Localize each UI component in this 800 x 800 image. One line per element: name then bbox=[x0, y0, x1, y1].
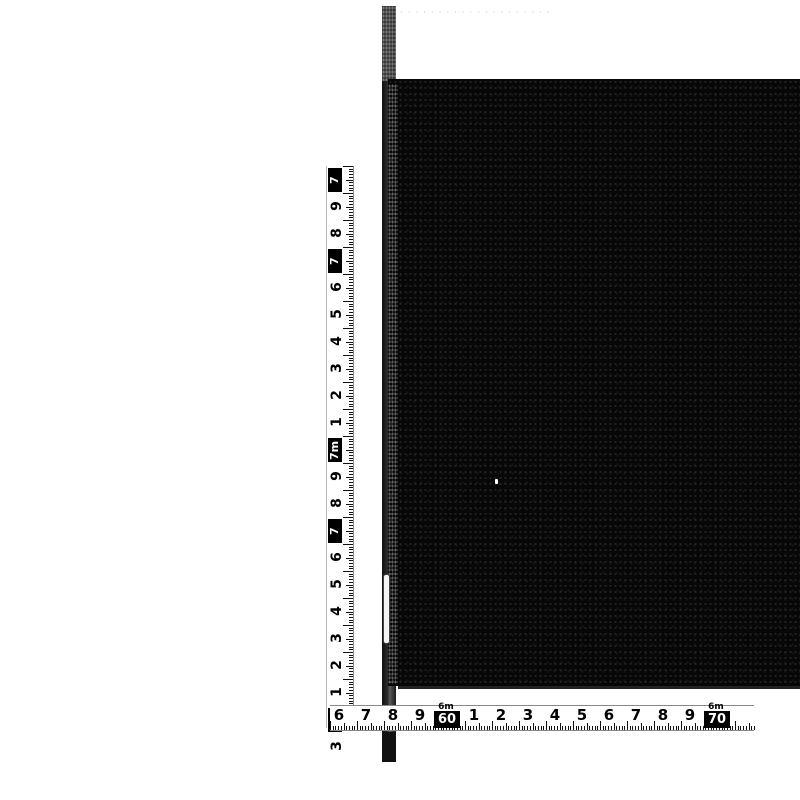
ruler-tick bbox=[522, 726, 523, 730]
ruler-tick bbox=[524, 726, 525, 730]
ruler-tick bbox=[506, 723, 507, 730]
ruler-tick bbox=[349, 339, 353, 340]
ruler-tick bbox=[346, 726, 347, 730]
ruler-tick bbox=[349, 501, 353, 502]
ruler-tick bbox=[379, 726, 380, 730]
ruler-tick bbox=[554, 726, 555, 730]
ruler-tick bbox=[392, 726, 393, 730]
ruler-tick bbox=[349, 360, 353, 361]
ruler-tick bbox=[430, 726, 431, 730]
ruler-tick bbox=[365, 726, 366, 730]
ruler-tick bbox=[349, 444, 353, 445]
ruler-tick bbox=[546, 721, 547, 730]
ruler-tick bbox=[349, 306, 353, 307]
ruler-label: 4 bbox=[330, 333, 344, 349]
ruler-tick bbox=[349, 174, 353, 175]
ruler-tick bbox=[349, 563, 353, 564]
ruler-tick bbox=[349, 568, 353, 569]
ruler-tick bbox=[419, 726, 420, 730]
ruler-tick bbox=[349, 385, 353, 386]
ruler-tick bbox=[349, 603, 353, 604]
ruler-tick bbox=[649, 726, 650, 730]
ruler-tick bbox=[349, 231, 353, 232]
ruler-tick bbox=[349, 466, 353, 467]
ruler-tick bbox=[349, 363, 353, 364]
ruler-tick bbox=[349, 282, 353, 283]
ruler-tick bbox=[343, 544, 353, 545]
ruler-tick bbox=[349, 290, 353, 291]
ruler-tick bbox=[349, 304, 353, 305]
ruler-tick bbox=[414, 726, 415, 730]
ruler-tick bbox=[349, 668, 353, 669]
ruler-tick bbox=[684, 726, 685, 730]
ruler-tick bbox=[749, 723, 750, 730]
ruler-tick bbox=[343, 463, 353, 464]
ruler-tick bbox=[349, 455, 353, 456]
ruler-tick bbox=[695, 723, 696, 730]
ruler-tick bbox=[700, 726, 701, 730]
ruler-tick bbox=[349, 458, 353, 459]
ruler-tick bbox=[349, 296, 353, 297]
ruler-tick bbox=[349, 420, 353, 421]
ruler-tick bbox=[349, 225, 353, 226]
ruler-tick bbox=[349, 525, 353, 526]
ruler-tick bbox=[665, 726, 666, 730]
ruler-tick bbox=[614, 723, 615, 730]
ruler-tick bbox=[543, 726, 544, 730]
faint-scan-text: · · · · · · · · · · · · · · · · · · · · bbox=[400, 8, 551, 18]
ruler-tick bbox=[581, 726, 582, 730]
ruler-tick bbox=[346, 315, 353, 316]
ruler-tick bbox=[495, 726, 496, 730]
ruler-tick bbox=[592, 726, 593, 730]
ruler-tick bbox=[349, 522, 353, 523]
ruler-tick bbox=[503, 726, 504, 730]
ruler-tick bbox=[557, 726, 558, 730]
ruler-tick bbox=[349, 371, 353, 372]
ruler-tick bbox=[595, 726, 596, 730]
ruler-tick bbox=[576, 726, 577, 730]
ruler-tick bbox=[349, 628, 353, 629]
ruler-tick bbox=[346, 180, 353, 181]
ruler-tick bbox=[349, 606, 353, 607]
ruler-tick bbox=[346, 504, 353, 505]
ruler-tick bbox=[349, 439, 353, 440]
ruler-tick bbox=[346, 585, 353, 586]
ruler-tick bbox=[349, 587, 353, 588]
ruler-tick bbox=[349, 390, 353, 391]
ruler-tick bbox=[368, 726, 369, 730]
ruler-tick bbox=[349, 495, 353, 496]
ruler-tick bbox=[343, 652, 353, 653]
ruler-tick bbox=[627, 721, 628, 730]
ruler-tick bbox=[349, 425, 353, 426]
ruler-label: 8 bbox=[656, 707, 670, 723]
ruler-tick bbox=[349, 539, 353, 540]
ruler-major-label: 7m bbox=[328, 438, 342, 462]
ruler-tick bbox=[343, 166, 353, 167]
ruler-tick bbox=[676, 726, 677, 730]
ruler-tick bbox=[349, 701, 353, 702]
ruler-label: 9 bbox=[330, 468, 344, 484]
ruler-tick bbox=[681, 721, 682, 730]
ruler-tick bbox=[349, 452, 353, 453]
ruler-tick bbox=[349, 560, 353, 561]
ruler-label: 6 bbox=[602, 707, 616, 723]
ruler-tick bbox=[349, 325, 353, 326]
ruler-label: 1 bbox=[467, 707, 481, 723]
ruler-tick bbox=[527, 726, 528, 730]
ruler-tick bbox=[349, 671, 353, 672]
ruler-tick bbox=[668, 723, 669, 730]
ruler-tick bbox=[641, 723, 642, 730]
ruler-tick bbox=[349, 595, 353, 596]
ruler-tick bbox=[381, 726, 382, 730]
ruler-tick bbox=[349, 676, 353, 677]
ruler-tick bbox=[686, 726, 687, 730]
ruler-tick bbox=[343, 679, 353, 680]
ruler-tick bbox=[349, 417, 353, 418]
ruler-tick bbox=[349, 674, 353, 675]
ruler-tick bbox=[632, 726, 633, 730]
ruler-tick bbox=[508, 726, 509, 730]
ruler-tick bbox=[346, 342, 353, 343]
ruler-label: 1 bbox=[330, 414, 344, 430]
ruler-tick bbox=[349, 593, 353, 594]
ruler-tick bbox=[341, 726, 342, 730]
ruler-tick bbox=[349, 331, 353, 332]
ruler-tick bbox=[349, 317, 353, 318]
ruler-tick bbox=[638, 726, 639, 730]
ruler-tick bbox=[362, 726, 363, 730]
ruler-tick bbox=[411, 721, 412, 730]
ruler-tick bbox=[349, 614, 353, 615]
ruler-tick bbox=[349, 344, 353, 345]
cover-clasp-highlight bbox=[383, 574, 390, 644]
ruler-tick bbox=[349, 169, 353, 170]
ruler-tick bbox=[408, 726, 409, 730]
ruler-tick bbox=[349, 333, 353, 334]
ruler-major-label: 7 bbox=[328, 519, 342, 543]
ruler-tick bbox=[349, 582, 353, 583]
ruler-label: 1 bbox=[330, 684, 344, 700]
ruler-tick bbox=[349, 374, 353, 375]
ruler-tick bbox=[349, 377, 353, 378]
ruler-tick bbox=[349, 285, 353, 286]
ruler-tick bbox=[343, 328, 353, 329]
ruler-tick bbox=[349, 482, 353, 483]
ruler-label: 7 bbox=[359, 707, 373, 723]
ruler-tick bbox=[387, 726, 388, 730]
ruler-major-label: 7 bbox=[328, 168, 342, 192]
ruler-tick bbox=[360, 726, 361, 730]
ruler-tick bbox=[349, 655, 353, 656]
ruler-tick bbox=[349, 401, 353, 402]
ruler-tick bbox=[349, 536, 353, 537]
ruler-tick bbox=[349, 190, 353, 191]
ruler-tick bbox=[346, 396, 353, 397]
ruler-tick bbox=[349, 549, 353, 550]
spine-bottom-band bbox=[382, 732, 396, 762]
ruler-tick bbox=[349, 590, 353, 591]
ruler-tick bbox=[484, 726, 485, 730]
ruler-tick bbox=[349, 320, 353, 321]
ruler-tick bbox=[349, 636, 353, 637]
ruler-tick bbox=[659, 726, 660, 730]
ruler-tick bbox=[349, 387, 353, 388]
ruler-tick bbox=[646, 726, 647, 730]
ruler-tick bbox=[678, 726, 679, 730]
ruler-tick bbox=[349, 223, 353, 224]
ruler-tick bbox=[349, 471, 353, 472]
ruler-tick bbox=[511, 726, 512, 730]
ruler-tick bbox=[538, 726, 539, 730]
ruler-tick bbox=[349, 620, 353, 621]
ruler-tick bbox=[349, 630, 353, 631]
ruler-tick bbox=[635, 726, 636, 730]
ruler-label: 3 bbox=[330, 360, 344, 376]
ruler-tick bbox=[349, 393, 353, 394]
ruler-major-label: 70 bbox=[704, 711, 730, 728]
ruler-tick bbox=[335, 726, 336, 730]
ruler-tick bbox=[479, 723, 480, 730]
ruler-tick bbox=[349, 244, 353, 245]
vertical-ruler: 79876543217m987654321903 bbox=[326, 166, 354, 728]
ruler-tick bbox=[587, 723, 588, 730]
ruler-tick bbox=[349, 617, 353, 618]
ruler-tick bbox=[489, 726, 490, 730]
ruler-tick bbox=[349, 412, 353, 413]
ruler-label: 9 bbox=[413, 707, 427, 723]
ruler-tick bbox=[573, 721, 574, 730]
ruler-tick bbox=[346, 666, 353, 667]
ruler-tick bbox=[349, 215, 353, 216]
ruler-tick bbox=[349, 217, 353, 218]
ruler-tick bbox=[349, 579, 353, 580]
ruler-tick bbox=[343, 490, 353, 491]
ruler-tick bbox=[349, 271, 353, 272]
ruler-tick bbox=[500, 726, 501, 730]
ruler-tick bbox=[605, 726, 606, 730]
ruler-major-label: 7 bbox=[328, 249, 342, 273]
ruler-tick bbox=[398, 723, 399, 730]
ruler-tick bbox=[673, 726, 674, 730]
ruler-tick bbox=[349, 520, 353, 521]
ruler-tick bbox=[516, 726, 517, 730]
ruler-tick bbox=[541, 726, 542, 730]
ruler-tick bbox=[349, 687, 353, 688]
ruler-tick bbox=[470, 726, 471, 730]
book-cover bbox=[388, 79, 800, 686]
ruler-tick bbox=[754, 726, 755, 730]
ruler-label: 5 bbox=[330, 306, 344, 322]
ruler-tick bbox=[349, 695, 353, 696]
ruler-tick bbox=[565, 726, 566, 730]
ruler-tick bbox=[349, 398, 353, 399]
ruler-tick bbox=[349, 414, 353, 415]
ruler-tick bbox=[349, 352, 353, 353]
ruler-tick bbox=[732, 726, 733, 730]
ruler-tick bbox=[343, 301, 353, 302]
ruler-tick bbox=[357, 721, 358, 730]
ruler-tick bbox=[551, 726, 552, 730]
ruler-tick bbox=[349, 633, 353, 634]
ruler-tick bbox=[349, 641, 353, 642]
ruler-tick bbox=[343, 436, 353, 437]
ruler-tick bbox=[376, 726, 377, 730]
ruler-tick bbox=[338, 726, 339, 730]
ruler-tick bbox=[344, 723, 345, 730]
ruler-tick bbox=[349, 493, 353, 494]
ruler-label: 6 bbox=[332, 707, 346, 723]
ruler-tick bbox=[349, 204, 353, 205]
ruler-tick bbox=[349, 509, 353, 510]
ruler-tick bbox=[476, 726, 477, 730]
ruler-tick bbox=[349, 506, 353, 507]
ruler-tick bbox=[349, 185, 353, 186]
ruler-tick bbox=[346, 234, 353, 235]
ruler-tick bbox=[603, 726, 604, 730]
ruler-tick bbox=[624, 726, 625, 730]
ruler-tick bbox=[389, 726, 390, 730]
ruler-tick bbox=[584, 726, 585, 730]
ruler-tick bbox=[349, 266, 353, 267]
ruler-tick bbox=[662, 726, 663, 730]
ruler-tick bbox=[349, 622, 353, 623]
ruler-tick bbox=[349, 209, 353, 210]
ruler-tick bbox=[349, 279, 353, 280]
ruler-tick bbox=[425, 723, 426, 730]
ruler-label: 2 bbox=[330, 387, 344, 403]
ruler-tick bbox=[549, 726, 550, 730]
ruler-tick bbox=[349, 566, 353, 567]
ruler-tick bbox=[349, 514, 353, 515]
ruler-tick bbox=[349, 250, 353, 251]
ruler-tick bbox=[562, 726, 563, 730]
ruler-tick bbox=[343, 598, 353, 599]
ruler-label: 5 bbox=[575, 707, 589, 723]
ruler-tick bbox=[349, 552, 353, 553]
ruler-tick bbox=[349, 366, 353, 367]
ruler-tick bbox=[373, 726, 374, 730]
ruler-label: 8 bbox=[386, 707, 400, 723]
horizontal-ruler: 67896m601234567896m70 bbox=[330, 705, 754, 731]
ruler-tick bbox=[349, 485, 353, 486]
ruler-tick bbox=[349, 474, 353, 475]
cover-bottom-shadow bbox=[398, 686, 800, 689]
ruler-tick bbox=[349, 298, 353, 299]
ruler-tick bbox=[349, 601, 353, 602]
spine-top-band bbox=[382, 6, 396, 81]
ruler-tick bbox=[670, 726, 671, 730]
ruler-tick bbox=[349, 347, 353, 348]
ruler-tick bbox=[346, 531, 353, 532]
ruler-tick bbox=[349, 431, 353, 432]
ruler-tick bbox=[465, 721, 466, 730]
ruler-tick bbox=[346, 369, 353, 370]
ruler-tick bbox=[600, 721, 601, 730]
ruler-tick bbox=[343, 193, 353, 194]
ruler-tick bbox=[349, 428, 353, 429]
ruler-label: 9 bbox=[330, 198, 344, 214]
ruler-tick bbox=[578, 726, 579, 730]
ruler-tick bbox=[349, 182, 353, 183]
ruler-tick bbox=[611, 726, 612, 730]
ruler-tick bbox=[349, 441, 353, 442]
ruler-tick bbox=[346, 450, 353, 451]
ruler-label: 6 bbox=[330, 279, 344, 295]
ruler-label: 6 bbox=[330, 549, 344, 565]
ruler-tick bbox=[349, 242, 353, 243]
ruler-label: 9 bbox=[683, 707, 697, 723]
ruler-tick bbox=[343, 625, 353, 626]
ruler-tick bbox=[349, 684, 353, 685]
ruler-tick bbox=[416, 726, 417, 730]
ruler-tick bbox=[349, 293, 353, 294]
ruler-tick bbox=[657, 726, 658, 730]
ruler-tick bbox=[568, 726, 569, 730]
ruler-label: 3 bbox=[330, 630, 344, 646]
ruler-tick bbox=[535, 726, 536, 730]
ruler-tick bbox=[330, 721, 331, 730]
ruler-tick bbox=[349, 171, 353, 172]
ruler-tick bbox=[349, 236, 353, 237]
ruler-tick bbox=[689, 726, 690, 730]
ruler-tick bbox=[349, 460, 353, 461]
ruler-tick bbox=[651, 726, 652, 730]
ruler-tick bbox=[349, 201, 353, 202]
ruler-tick bbox=[519, 721, 520, 730]
ruler-tick bbox=[630, 726, 631, 730]
ruler-tick bbox=[354, 726, 355, 730]
ruler-tick bbox=[349, 358, 353, 359]
ruler-tick bbox=[346, 639, 353, 640]
ruler-tick bbox=[751, 726, 752, 730]
ruler-tick bbox=[349, 406, 353, 407]
ruler-tick bbox=[349, 188, 353, 189]
ruler-tick bbox=[497, 726, 498, 730]
ruler-tick bbox=[349, 663, 353, 664]
ruler-tick bbox=[352, 726, 353, 730]
ruler-major-label: 60 bbox=[434, 711, 460, 728]
ruler-tick bbox=[349, 698, 353, 699]
ruler-label: 7 bbox=[629, 707, 643, 723]
ruler-tick bbox=[349, 258, 353, 259]
ruler-tick bbox=[560, 723, 561, 730]
ruler-tick bbox=[349, 576, 353, 577]
ruler-tick bbox=[349, 277, 353, 278]
ruler-label: 8 bbox=[330, 495, 344, 511]
ruler-tick bbox=[743, 726, 744, 730]
ruler-label: 2 bbox=[330, 657, 344, 673]
ruler-tick bbox=[349, 690, 353, 691]
ruler-tick bbox=[343, 247, 353, 248]
ruler-tick bbox=[349, 468, 353, 469]
ruler-tick bbox=[349, 555, 353, 556]
ruler-tick bbox=[349, 644, 353, 645]
ruler-tick bbox=[349, 336, 353, 337]
ruler-tick bbox=[697, 726, 698, 730]
ruler-tick bbox=[349, 498, 353, 499]
ruler-tick bbox=[349, 487, 353, 488]
ruler-tick bbox=[346, 261, 353, 262]
ruler-tick bbox=[349, 379, 353, 380]
ruler-tick bbox=[349, 252, 353, 253]
ruler-label: 4 bbox=[548, 707, 562, 723]
ruler-tick bbox=[422, 726, 423, 730]
ruler-tick bbox=[349, 682, 353, 683]
ruler-tick bbox=[349, 726, 350, 730]
